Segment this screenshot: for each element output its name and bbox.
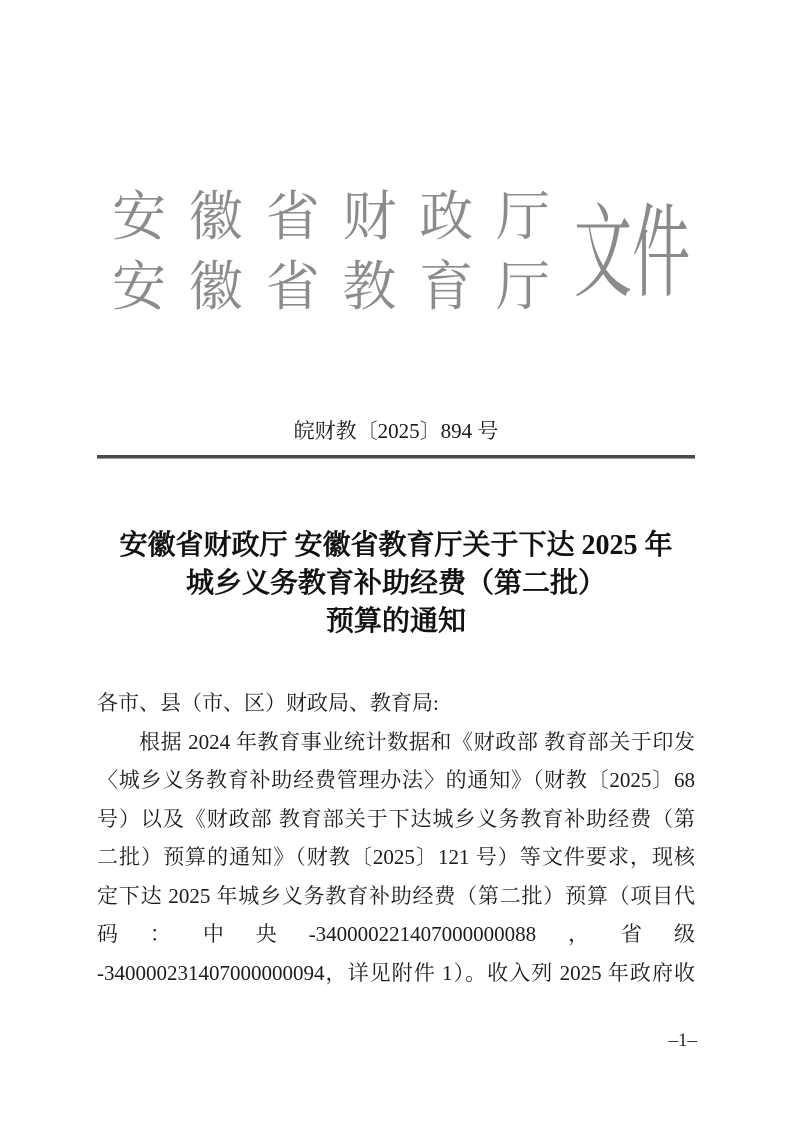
document-title-line-1: 安徽省财政厅 安徽省教育厅关于下达 2025 年 xyxy=(97,527,695,565)
letterhead-agency-2: 安徽省教育厅 xyxy=(112,252,550,322)
body-line: 定下达 2025 年城乡义务教育补助经费（第二批）预算（项目代 xyxy=(97,877,695,916)
letterhead-divider-rule xyxy=(97,455,695,459)
body-line: 〈城乡义务教育补助经费管理办法〉的通知》（财教〔2025〕68 xyxy=(97,761,695,800)
body-line: 号）以及《财政部 教育部关于下达城乡义务教育补助经费（第 xyxy=(97,800,695,839)
project-code-line: 码 ： 中 央 -340000221407000000088 ， 省 级 xyxy=(97,915,695,954)
letterhead-wenjian-label: 文件 xyxy=(574,204,690,306)
code-segment: 省 xyxy=(621,915,642,954)
letterhead-agency-lines: 安徽省财政厅 安徽省教育厅 xyxy=(112,182,550,322)
code-segment: 级 xyxy=(674,915,695,954)
code-segment: 码 xyxy=(97,915,118,954)
page-number: –1– xyxy=(97,1030,697,1052)
document-number: 皖财教〔2025〕894 号 xyxy=(97,416,695,446)
letterhead-agency-1: 安徽省财政厅 xyxy=(112,182,550,252)
body-line-provincial-code: -340000231407000000094，详见附件 1）。收入列 2025 … xyxy=(97,954,695,993)
code-segment-central-code: -340000221407000000088 xyxy=(309,915,537,954)
document-body: 各市、县（市、区）财政局、教育局: 根据 2024 年教育事业统计数据和《财政部… xyxy=(97,684,695,992)
document-title-line-2: 城乡义务教育补助经费（第二批） xyxy=(97,565,695,603)
document-title: 安徽省财政厅 安徽省教育厅关于下达 2025 年 城乡义务教育补助经费（第二批）… xyxy=(97,527,695,641)
document-title-line-3: 预算的通知 xyxy=(97,603,695,641)
code-segment: 中 xyxy=(203,915,224,954)
document-page: 安徽省财政厅 安徽省教育厅 文件 皖财教〔2025〕894 号 安徽省财政厅 安… xyxy=(0,0,794,1122)
code-segment: ： xyxy=(150,915,171,954)
code-segment: ， xyxy=(568,915,589,954)
body-line: 根据 2024 年教育事业统计数据和《财政部 教育部关于印发 xyxy=(97,723,695,762)
body-line: 二批）预算的通知》（财教〔2025〕121 号）等文件要求，现核 xyxy=(97,838,695,877)
salutation-line: 各市、县（市、区）财政局、教育局: xyxy=(97,684,695,723)
code-segment: 央 xyxy=(256,915,277,954)
letterhead: 安徽省财政厅 安徽省教育厅 文件 xyxy=(112,182,778,322)
